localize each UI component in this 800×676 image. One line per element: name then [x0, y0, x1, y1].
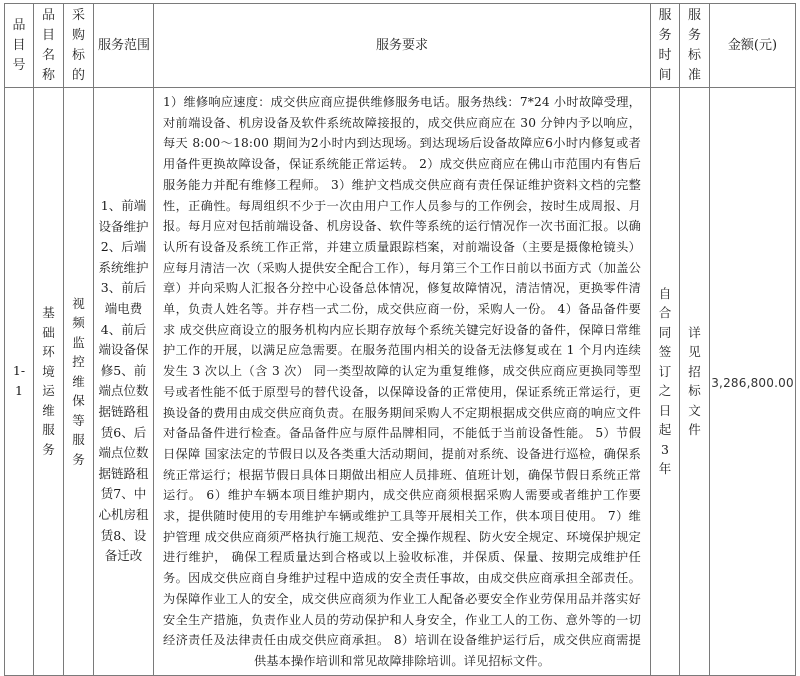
header-service-requirements: 服务要求 [154, 4, 651, 88]
cell-service-requirements: 1）维修响应速度：成交供应商应提供维修服务电话。服务热线：7*24 小时故障受理… [154, 88, 651, 661]
header-amount: 金额(元) [710, 4, 796, 88]
header-service-scope-label: 服务范围 [94, 36, 154, 56]
cell-item-no: 1-1 [5, 88, 34, 661]
cell-service-standard: 详见招标文件 [680, 88, 710, 661]
service-requirements-value: 1）维修响应速度：成交供应商应提供维修服务电话。服务热线：7*24 小时故障受理… [154, 88, 650, 660]
header-item-name: 品目名称 [34, 4, 64, 88]
cell-procurement-target: 视频监控维保等服务 [64, 88, 94, 661]
cell-item-name: 基础环境运维服务 [34, 88, 64, 661]
table-row: 1-1 基础环境运维服务 视频监控维保等服务 1、前端设备维护2、后端系统维护3… [5, 88, 796, 661]
cell-amount: 3,286,800.00 [710, 88, 796, 661]
procurement-target-value: 视频监控维保等服务 [72, 294, 86, 470]
header-procurement-target: 采购标的 [64, 4, 94, 88]
header-service-scope: 服务范围 [94, 4, 154, 88]
header-service-requirements-label: 服务要求 [376, 38, 428, 53]
header-service-time-label: 服务时间 [658, 6, 672, 86]
item-name-value: 基础环境运维服务 [42, 303, 56, 459]
service-time-value: 自合同签订之日起3年 [658, 284, 672, 479]
service-scope-value: 1、前端设备维护2、后端系统维护3、前后端电费4、前后端设备保修5、前端点位数据… [97, 196, 151, 567]
header-service-standard-label: 服务标准 [688, 6, 702, 86]
item-no-value: 1-1 [10, 361, 28, 401]
cell-service-scope: 1、前端设备维护2、后端系统维护3、前后端电费4、前后端设备保修5、前端点位数据… [94, 88, 154, 661]
service-standard-value: 详见招标文件 [688, 323, 702, 440]
header-amount-label: 金额(元) [728, 38, 777, 53]
header-service-time: 服务时间 [651, 4, 680, 88]
amount-value: 3,286,800.00 [711, 376, 794, 390]
header-item-name-label: 品目名称 [42, 6, 56, 86]
table-header-row: 品目号 品目名称 采购标的 服务范围 服务要求 服务时间 服务标准 金额(元) [5, 4, 796, 88]
header-procurement-target-label: 采购标的 [72, 6, 86, 86]
header-item-no: 品目号 [5, 4, 34, 88]
header-item-no-label: 品目号 [12, 16, 26, 76]
header-service-standard: 服务标准 [680, 4, 710, 88]
cell-service-time: 自合同签订之日起3年 [651, 88, 680, 661]
procurement-items-table: 品目号 品目名称 采购标的 服务范围 服务要求 服务时间 服务标准 金额(元) [4, 3, 796, 660]
